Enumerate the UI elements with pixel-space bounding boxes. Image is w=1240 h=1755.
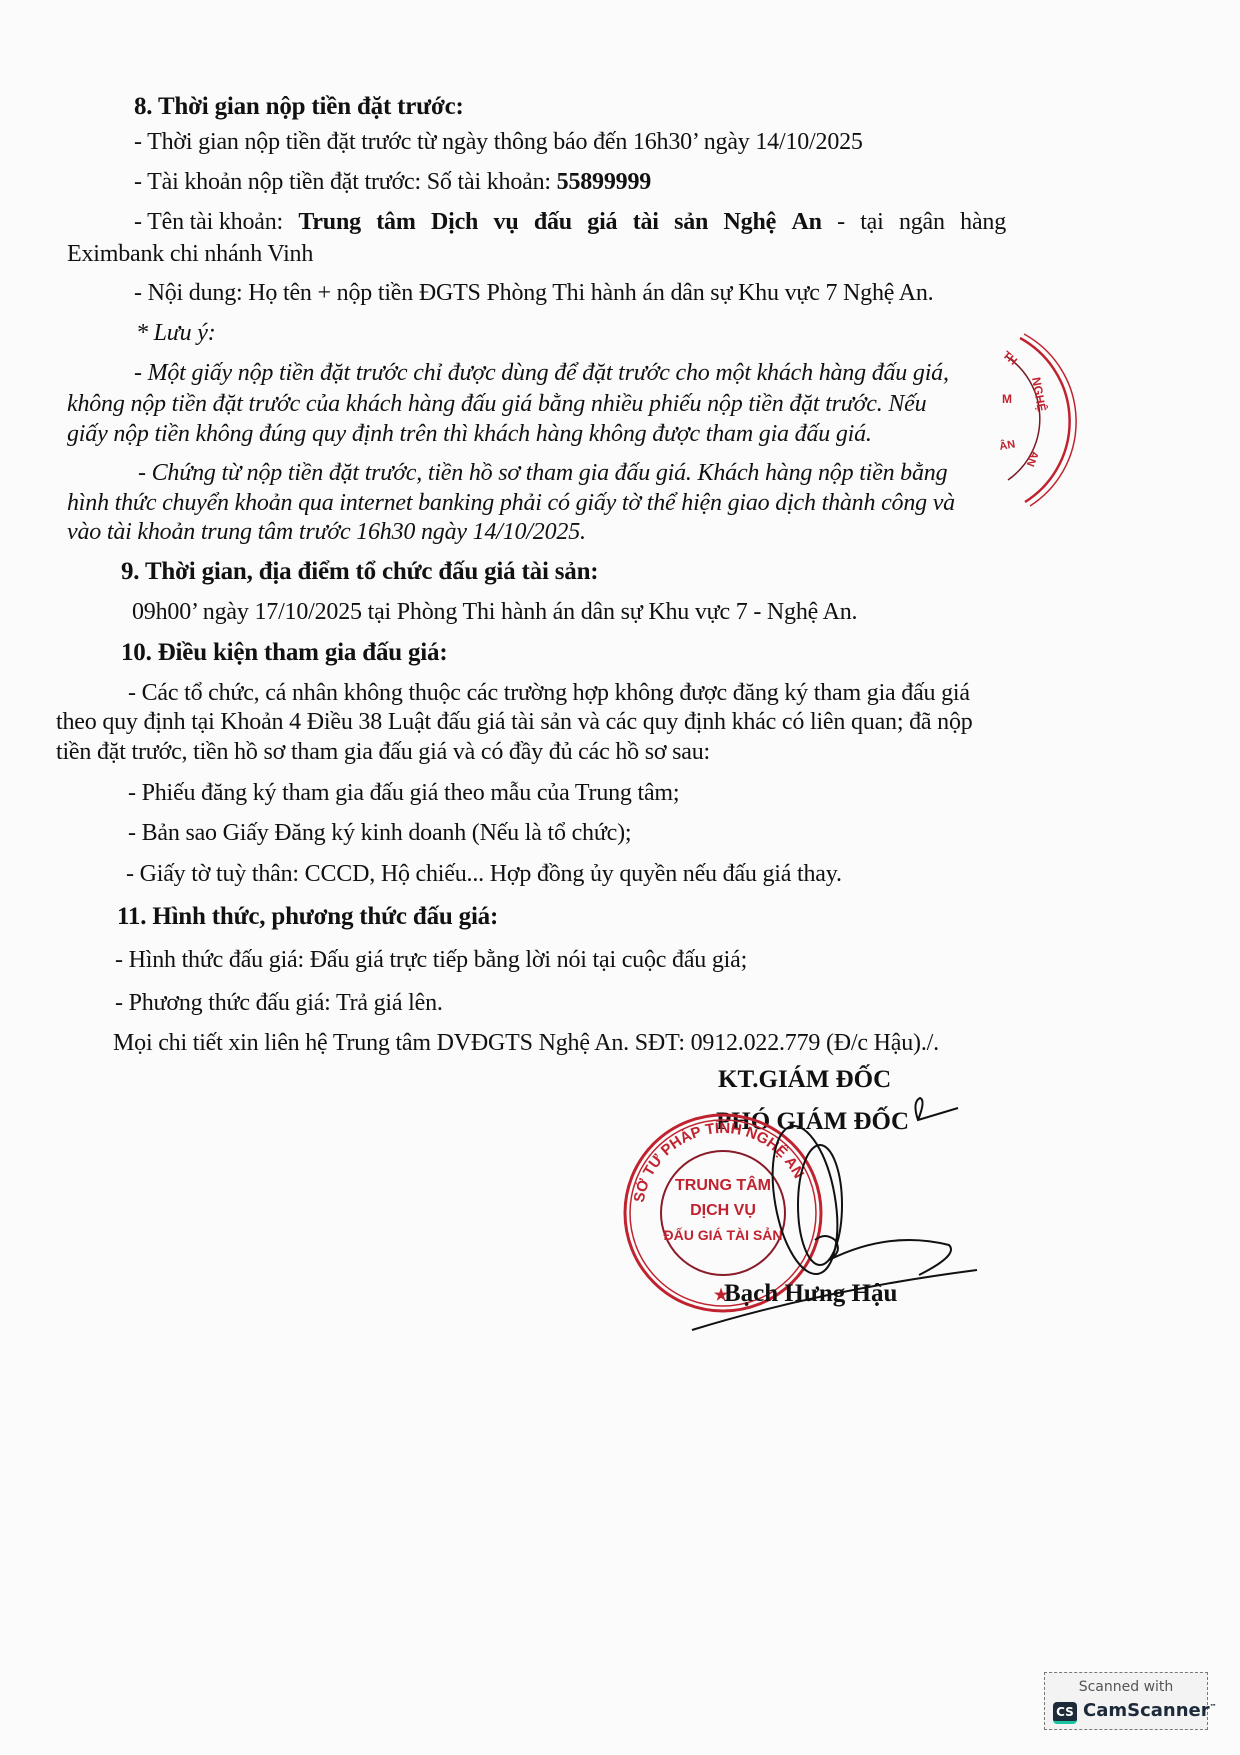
signer-name: Bạch Hưng Hậu bbox=[724, 1280, 897, 1308]
conditions-line-2: theo quy định tại Khoản 4 Điều 38 Luật đ… bbox=[56, 707, 973, 737]
svg-text:ÂN: ÂN bbox=[998, 437, 1016, 453]
camscanner-name: CamScanner™ bbox=[1083, 1700, 1217, 1721]
note-1-line-2: không nộp tiền đặt trước của khách hàng … bbox=[67, 389, 926, 419]
auction-time-place: 09h00’ ngày 17/10/2025 tại Phòng Thi hàn… bbox=[132, 597, 857, 627]
section-8-heading: 8. Thời gian nộp tiền đặt trước: bbox=[134, 92, 464, 122]
svg-text:M: M bbox=[1002, 392, 1012, 406]
payment-content-line: - Nội dung: Họ tên + nộp tiền ĐGTS Phòng… bbox=[134, 278, 933, 308]
note-2-line-3: vào tài khoản trung tâm trước 16h30 ngày… bbox=[67, 517, 586, 547]
account-name-label: - Tên tài khoản: bbox=[134, 207, 283, 237]
document-item: - Bản sao Giấy Đăng ký kinh doanh (Nếu l… bbox=[128, 818, 631, 848]
section-10-heading: 10. Điều kiện tham gia đấu giá: bbox=[121, 638, 447, 668]
note-2-line-1: - Chứng từ nộp tiền đặt trước, tiền hồ s… bbox=[138, 458, 947, 488]
camscanner-logo-icon: CS bbox=[1053, 1702, 1077, 1724]
note-1-line-3: giấy nộp tiền không đúng quy định trên t… bbox=[67, 419, 872, 449]
camscanner-badge: Scanned with CS CamScanner™ bbox=[1044, 1672, 1208, 1730]
conditions-line-3: tiền đặt trước, tiền hồ sơ tham gia đấu … bbox=[56, 737, 710, 767]
deposit-account-line: - Tài khoản nộp tiền đặt trước: Số tài k… bbox=[134, 167, 651, 197]
note-2-line-2: hình thức chuyển khoản qua internet bank… bbox=[67, 488, 955, 518]
document-item: - Giấy tờ tuỳ thân: CCCD, Hộ chiếu... Hợ… bbox=[126, 859, 842, 889]
section-9-heading: 9. Thời gian, địa điểm tổ chức đấu giá t… bbox=[121, 557, 598, 587]
document-item: - Phiếu đăng ký tham gia đấu giá theo mẫ… bbox=[128, 778, 679, 808]
note-1-line-1: - Một giấy nộp tiền đặt trước chỉ được d… bbox=[134, 358, 949, 388]
deposit-time-line: - Thời gian nộp tiền đặt trước từ ngày t… bbox=[134, 127, 863, 157]
svg-text:NGHỆ: NGHỆ bbox=[1029, 376, 1050, 413]
document-page: 8. Thời gian nộp tiền đặt trước: - Thời … bbox=[0, 0, 1240, 1755]
section-11-heading: 11. Hình thức, phương thức đấu giá: bbox=[117, 902, 498, 932]
contact-line: Mọi chi tiết xin liên hệ Trung tâm DVĐGT… bbox=[113, 1028, 939, 1058]
note-label: * Lưu ý: bbox=[136, 318, 215, 348]
account-number: 55899999 bbox=[557, 169, 651, 195]
svg-text:AN: AN bbox=[1024, 449, 1041, 468]
partial-stamp-icon: TH NGHỆ M ÂN AN bbox=[980, 330, 1100, 510]
auction-method-line: - Phương thức đấu giá: Trả giá lên. bbox=[115, 988, 443, 1018]
auction-form-line: - Hình thức đấu giá: Đấu giá trực tiếp b… bbox=[115, 945, 747, 975]
conditions-line-1: - Các tổ chức, cá nhân không thuộc các t… bbox=[128, 678, 970, 708]
scanned-with-label: Scanned with bbox=[1045, 1679, 1207, 1695]
account-label: - Tài khoản nộp tiền đặt trước: Số tài k… bbox=[134, 169, 557, 195]
account-bank-line: Eximbank chi nhánh Vinh bbox=[67, 239, 313, 269]
account-name-line: - Tên tài khoản: Trung tâm Dịch vụ đấu g… bbox=[134, 207, 1006, 237]
